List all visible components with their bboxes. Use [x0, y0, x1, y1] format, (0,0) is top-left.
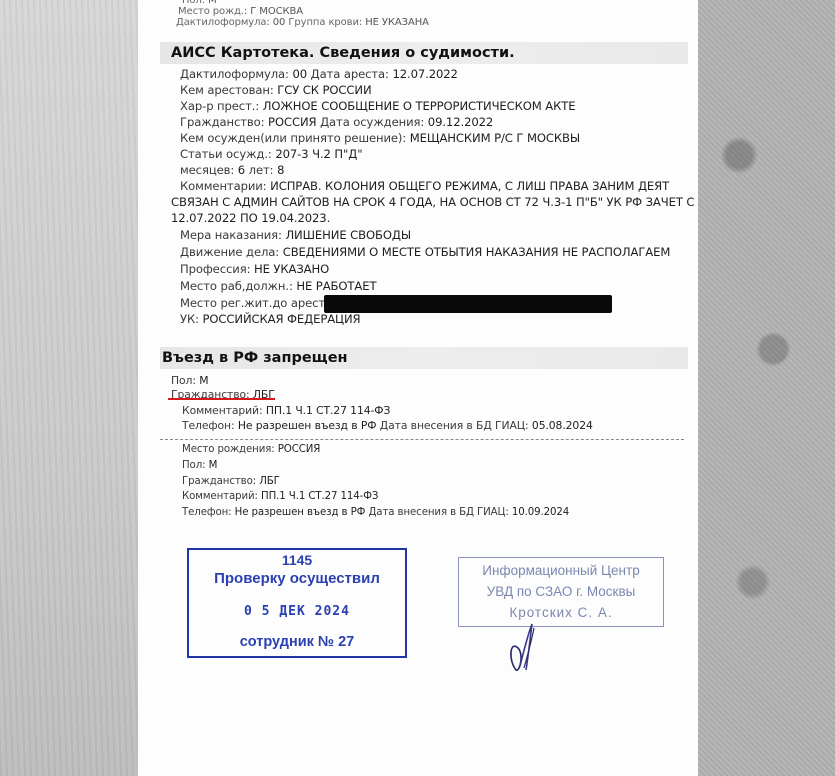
conviction-section-title: АИСС Картотека. Сведения о судимости. — [171, 45, 515, 61]
stamp-employee: сотрудник № 27 — [189, 634, 405, 650]
record-divider — [160, 439, 684, 440]
entry-ban-section-title: Въезд в РФ запрещен — [162, 350, 348, 366]
top-fingerprint-blood-field: Дактилоформула: 00 Группа крови: НЕ УКАЗ… — [176, 17, 429, 28]
ban-record-2-birthplace: Место рождения: РОССИЯ — [182, 444, 320, 455]
background-texture-right — [698, 0, 835, 776]
conviction-field-comments: Комментарии: ИСПРАВ. КОЛОНИЯ ОБЩЕГО РЕЖИ… — [180, 179, 669, 193]
ban-record-1-comment: Комментарий: ПП.1 Ч.1 СТ.27 114-ФЗ — [182, 404, 390, 417]
ban-record-2-sex: Пол: М — [182, 460, 217, 471]
info-center-line3: Кротских С. А. — [459, 605, 663, 620]
redaction-bar — [324, 295, 612, 313]
ban-record-2-phone: Телефон: Не разрешен въезд в РФ Дата вне… — [182, 507, 569, 518]
conviction-field-citizenship-date: Гражданство: РОССИЯ Дата осуждения: 09.1… — [180, 115, 493, 129]
signature-icon — [506, 620, 546, 680]
top-birthplace-field: Место рожд.: Г МОСКВА — [178, 6, 303, 17]
info-center-line2: УВД по СЗАО г. Москвы — [459, 584, 663, 599]
info-center-line1: Информационный Центр — [459, 563, 663, 578]
conviction-field-articles: Статьи осужд.: 207-3 Ч.2 П"Д" — [180, 147, 362, 161]
conviction-field-criminal-code: УК: РОССИЙСКАЯ ФЕДЕРАЦИЯ — [180, 312, 361, 326]
conviction-field-workplace: Место раб,должн.: НЕ РАБОТАЕТ — [180, 279, 376, 293]
info-center-stamp: Информационный Центр УВД по СЗАО г. Моск… — [458, 557, 664, 627]
ban-record-2-comment: Комментарий: ПП.1 Ч.1 СТ.27 114-ФЗ — [182, 491, 378, 502]
conviction-field-case-movement: Движение дела: СВЕДЕНИЯМИ О МЕСТЕ ОТБЫТИ… — [180, 245, 670, 259]
stamp-text: Проверку осуществил — [189, 570, 405, 587]
ban-record-1-phone: Телефон: Не разрешен въезд в РФ Дата вне… — [182, 419, 593, 432]
conviction-field-convicted-by: Кем осужден(или принято решение): МЕЩАНС… — [180, 131, 580, 145]
conviction-field-fingerprint-arrest: Дактилоформула: 00 Дата ареста: 12.07.20… — [180, 67, 458, 81]
conviction-field-comments-cont-1: СВЯЗАН С АДМИН САЙТОВ НА СРОК 4 ГОДА, НА… — [171, 195, 694, 209]
background-texture-left — [0, 0, 138, 776]
conviction-field-crime-nature: Хар-р прест.: ЛОЖНОЕ СООБЩЕНИЕ О ТЕРРОРИ… — [180, 99, 575, 113]
conviction-field-arrested-by: Кем арестован: ГСУ СК РОССИИ — [180, 83, 372, 97]
conviction-field-registration: Место рег.жит.до ареста — [180, 296, 332, 310]
verification-stamp: 1145 Проверку осуществил 0 5 ДЕК 2024 со… — [187, 548, 407, 658]
document-page: Пол: М Место рожд.: Г МОСКВА Дактилоформ… — [138, 0, 698, 776]
stamp-number: 1145 — [189, 552, 405, 568]
ban-record-2-citizenship: Гражданство: ЛБГ — [182, 476, 280, 487]
stamp-date: 0 5 ДЕК 2024 — [189, 604, 405, 619]
highlight-underline — [168, 398, 275, 400]
conviction-field-comments-cont-2: 12.07.2022 ПО 19.04.2023. — [171, 211, 330, 225]
conviction-field-profession: Профессия: НЕ УКАЗАНО — [180, 262, 329, 276]
ban-record-1-sex: Пол: М — [171, 374, 208, 387]
conviction-field-term: месяцев: 6 лет: 8 — [180, 163, 284, 177]
conviction-field-punishment: Мера наказания: ЛИШЕНИЕ СВОБОДЫ — [180, 228, 411, 242]
